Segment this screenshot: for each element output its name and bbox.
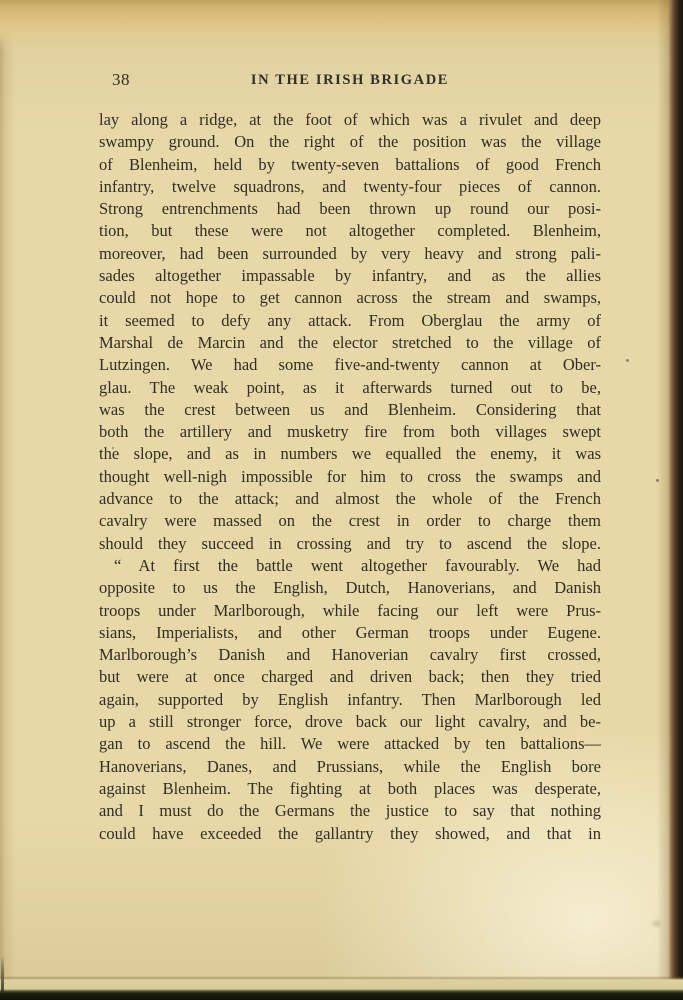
text-line: could have exceeded the gallantry they s… [99,823,601,845]
book-right-edge [657,0,683,1000]
text-line: against Blenheim. The fighting at both p… [99,778,601,800]
text-line: of Blenheim, held by twenty-seven battal… [99,154,601,176]
dust-speck [112,447,114,449]
text-line: could not hope to get cannon across the … [99,287,601,309]
text-line: lay along a ridge, at the foot of which … [99,109,601,131]
paragraph: lay along a ridge, at the foot of which … [99,109,601,555]
text-line: the slope, and as in numbers we equalled… [99,443,601,465]
text-line: Lutzingen. We had some five-and-twenty c… [99,354,601,376]
text-line: but were at once charged and driven back… [99,666,601,688]
text-line: sians, Imperialists, and other German tr… [99,622,601,644]
text-line: tion, but these were not altogether comp… [99,220,601,242]
dust-speck [352,741,354,743]
text-line: Hanoverians, Danes, and Prussians, while… [99,756,601,778]
text-block: lay along a ridge, at the foot of which … [99,109,601,845]
text-line: thought well-nigh impossible for him to … [99,466,601,488]
text-line: again, supported by English infantry. Th… [99,689,601,711]
text-line: infantry, twelve squadrons, and twenty-f… [99,176,601,198]
text-line: Strong entrenchments had been thrown up … [99,198,601,220]
book-page-photo: 38 IN THE IRISH BRIGADE lay along a ridg… [0,0,683,1000]
text-line: should they succeed in crossing and try … [99,533,601,555]
text-line: up a still stronger force, drove back ou… [99,711,601,733]
text-line: Marshal de Marcin and the elector stretc… [99,332,601,354]
book-bottom-left-edge [1,956,4,992]
text-line: it seemed to defy any attack. From Oberg… [99,310,601,332]
text-line: was the crest between us and Blenheim. C… [99,399,601,421]
text-line: and I must do the Germans the justice to… [99,800,601,822]
text-line: advance to the attack; and almost the wh… [99,488,601,510]
text-line: glau. The weak point, as it afterwards t… [99,377,601,399]
text-line: moreover, had been surrounded by very he… [99,243,601,265]
dust-speck [626,359,629,362]
text-line: troops under Marlborough, while facing o… [99,600,601,622]
text-line: opposite to us the English, Dutch, Hanov… [99,577,601,599]
text-line: cavalry were massed on the crest in orde… [99,510,601,532]
text-line: Marlborough’s Danish and Hanoverian cava… [99,644,601,666]
paragraph: “ At first the battle went altogether fa… [99,555,601,845]
text-line: gan to ascend the hill. We were attacked… [99,733,601,755]
book-bottom-edge [0,950,683,1000]
text-line: both the artillery and musketry fire fro… [99,421,601,443]
running-header: IN THE IRISH BRIGADE [99,72,601,89]
text-line: swampy ground. On the right of the posit… [99,131,601,153]
text-line: sades altogether impassable by infantry,… [99,265,601,287]
text-line: “ At first the battle went altogether fa… [99,555,601,577]
